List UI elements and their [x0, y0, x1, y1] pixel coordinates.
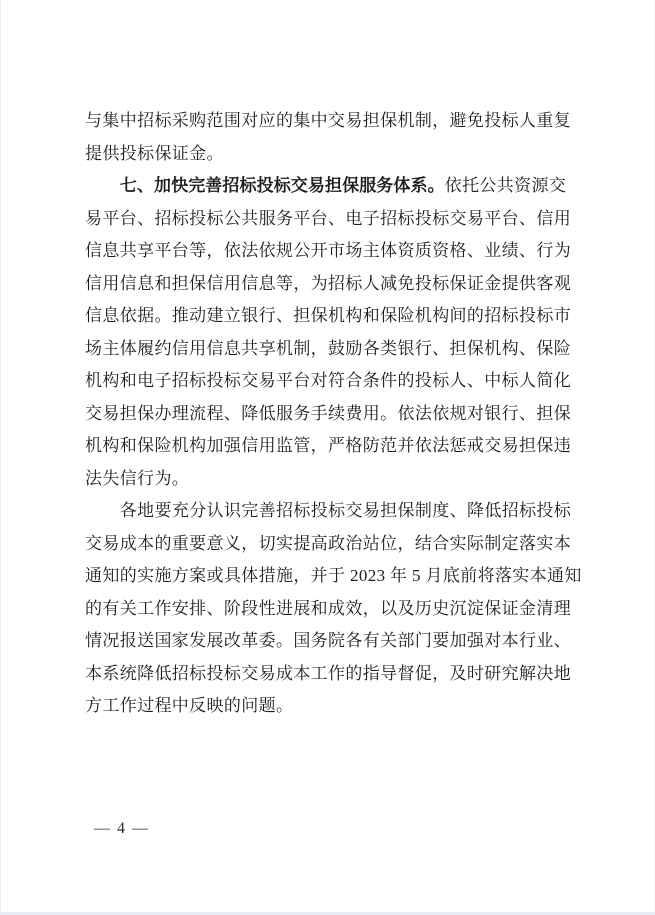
document-page: 与集中招标采购范围对应的集中交易担保机制，避免投标人重复提供投标保证金。七、加快… [0, 0, 655, 915]
text-line: 信息共享平台等，依法依规公开市场主体资质资格、业绩、行为 [85, 235, 577, 268]
section-heading: 七、加快完善招标投标交易担保服务体系。 [120, 176, 445, 196]
text-line: 本系统降低招标投标交易成本工作的指导督促，及时研究解决地 [85, 658, 577, 691]
text-line: 交易担保办理流程、降低服务手续费用。依法依规对银行、担保 [85, 398, 577, 431]
text-line: 七、加快完善招标投标交易担保服务体系。依托公共资源交 [85, 170, 577, 203]
text-line: 机构和电子招标投标交易平台对符合条件的投标人、中标人简化 [85, 365, 577, 398]
text-line: 情况报送国家发展改革委。国务院各有关部门要加强对本行业、 [85, 625, 577, 658]
text-line: 的有关工作安排、阶段性进展和成效，以及历史沉淀保证金清理 [85, 593, 577, 626]
text-line: 方工作过程中反映的问题。 [85, 690, 577, 723]
text-line: 各地要充分认识完善招标投标交易担保制度、降低招标投标 [85, 495, 577, 528]
text-line: 易平台、招标投标公共服务平台、电子招标投标交易平台、信用 [85, 203, 577, 236]
text-line: 提供投标保证金。 [85, 138, 577, 171]
text-line: 交易成本的重要意义，切实提高政治站位，结合实际制定落实本 [85, 528, 577, 561]
text-line: 通知的实施方案或具体措施，并于 2023 年 5 月底前将落实本通知 [85, 560, 577, 593]
page-number: — 4 — [94, 820, 150, 838]
text-line: 场主体履约信用信息共享机制，鼓励各类银行、担保机构、保险 [85, 333, 577, 366]
text-line: 机构和保险机构加强信用监管，严格防范并依法惩戒交易担保违 [85, 430, 577, 463]
body-text: 与集中招标采购范围对应的集中交易担保机制，避免投标人重复提供投标保证金。七、加快… [85, 105, 577, 723]
text-line: 与集中招标采购范围对应的集中交易担保机制，避免投标人重复 [85, 105, 577, 138]
text-line: 信息依据。推动建立银行、担保机构和保险机构间的招标投标市 [85, 300, 577, 333]
text-line: 信用信息和担保信用信息等，为招标人减免投标保证金提供客观 [85, 268, 577, 301]
text-line: 法失信行为。 [85, 463, 577, 496]
